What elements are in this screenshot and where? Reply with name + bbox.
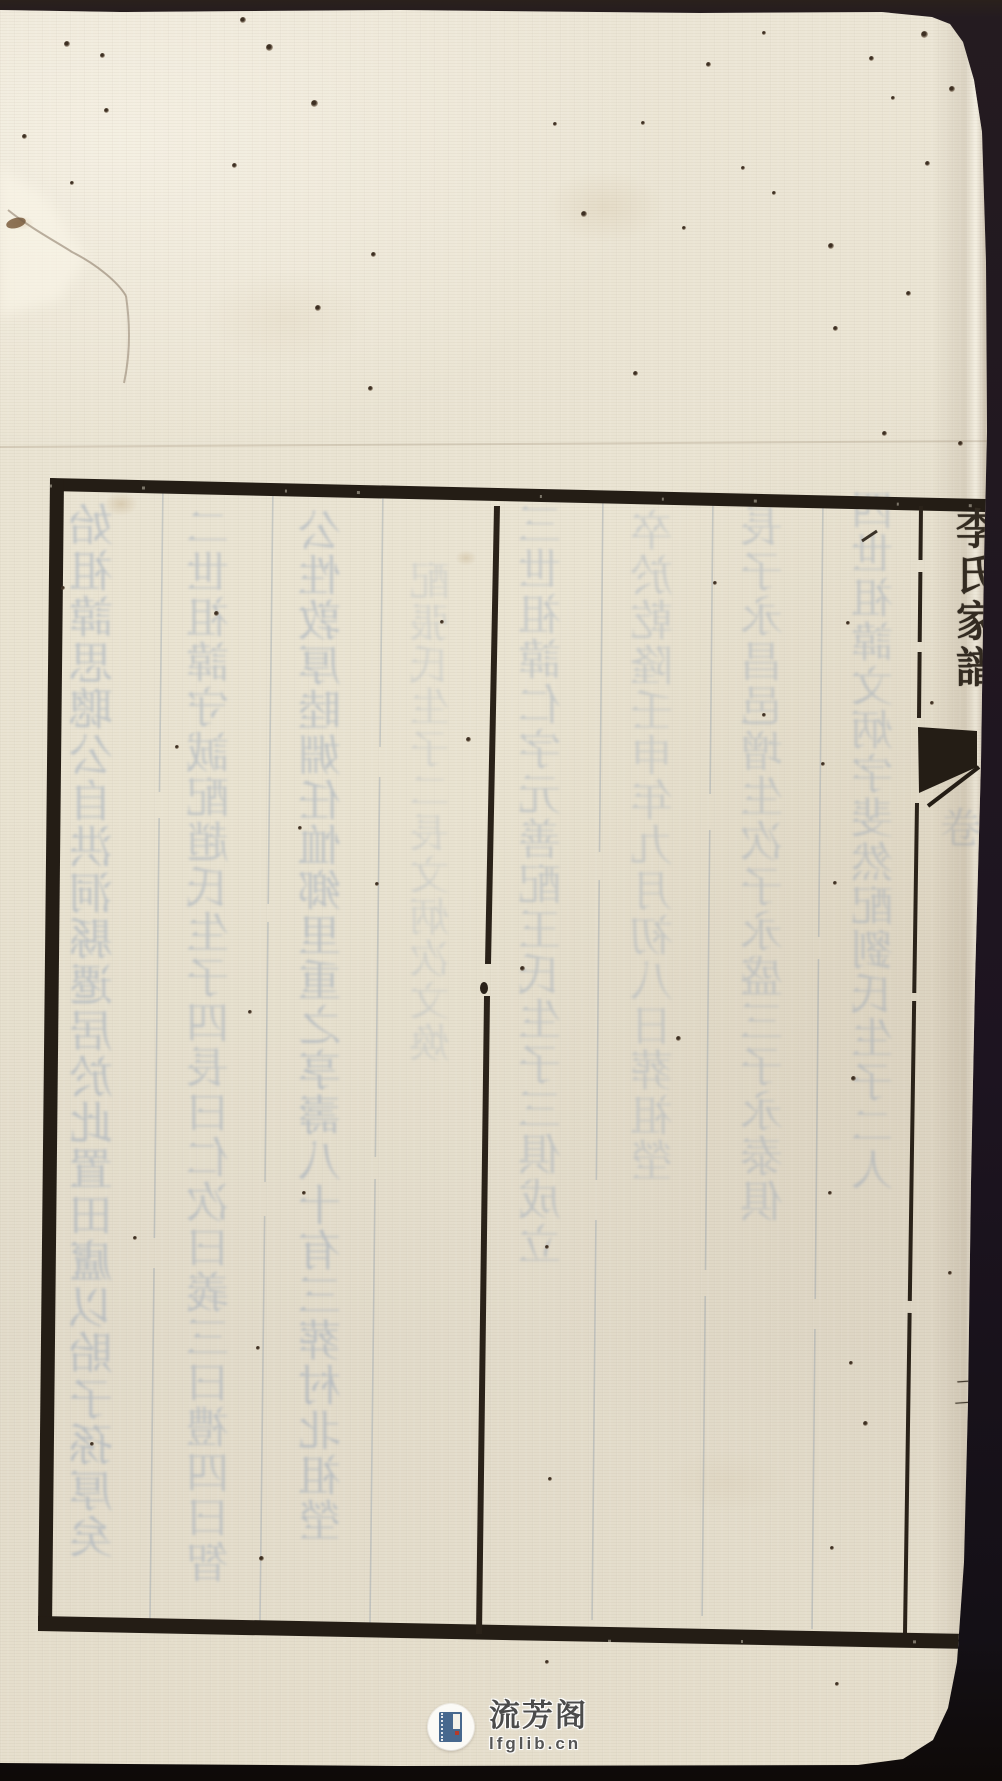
wormhole-speck	[835, 1682, 839, 1686]
wormhole-speck	[713, 581, 717, 585]
wormhole-speck	[676, 1036, 681, 1041]
wormhole-speck	[545, 1660, 549, 1664]
wormhole-speck	[64, 41, 70, 47]
wormhole-speck	[633, 371, 638, 376]
paper-stain	[660, 1450, 790, 1514]
wormhole-speck	[545, 1245, 549, 1249]
wormhole-speck	[22, 134, 27, 139]
wormhole-speck	[368, 386, 373, 391]
book-title-slip	[453, 1714, 460, 1729]
paper-stain	[545, 170, 665, 244]
wormhole-speck	[706, 62, 711, 67]
wormhole-speck	[891, 96, 895, 100]
scanned-book-page: 李氏家譜 二 卷 始祖諱思聰公自洪洞縣遷居於此置田廬以貽子孫厚矣二世祖諱守誠配趙…	[0, 0, 1002, 1781]
wormhole-speck	[315, 305, 321, 311]
fold-line	[0, 441, 1002, 447]
wormhole-speck	[925, 161, 930, 166]
wormhole-speck	[682, 226, 686, 230]
wormhole-speck	[259, 1556, 264, 1561]
watermark-site-name: 流芳阁	[489, 1701, 588, 1732]
page-number: 二	[940, 1370, 998, 1412]
wormhole-speck	[821, 762, 825, 766]
wormhole-speck	[948, 1271, 952, 1275]
wormhole-speck	[90, 1442, 94, 1446]
paper-stain	[104, 492, 138, 516]
frame-border	[38, 478, 986, 1649]
thread-bound-book-icon	[439, 1712, 462, 1742]
wormhole-speck	[772, 191, 776, 195]
wormhole-speck	[311, 100, 318, 107]
fishtail-mark	[918, 727, 979, 806]
wormhole-speck	[581, 211, 587, 217]
wormhole-speck	[906, 291, 911, 296]
wormhole-speck	[828, 243, 834, 249]
wormhole-speck	[133, 1236, 137, 1240]
wormhole-speck	[61, 586, 65, 590]
wormhole-speck	[882, 431, 887, 436]
ink-wear	[38, 486, 986, 1642]
wormhole-speck	[846, 621, 850, 625]
wormhole-speck	[741, 166, 745, 170]
paper-stain	[200, 270, 370, 365]
wormhole-speck	[921, 31, 928, 38]
wormhole-speck	[70, 181, 74, 185]
wormhole-speck	[830, 1546, 834, 1550]
bleed-text-column: 四世祖諱文炳字斐然配劉氏生子二人	[852, 488, 897, 1192]
wormhole-speck	[248, 1010, 252, 1014]
woodblock-ink-layer	[0, 0, 1002, 1781]
wormhole-speck	[375, 882, 379, 886]
bleed-text-column: 公性敦厚睦婣任恤鄉里重之享壽八十有三葬村北祖塋	[300, 508, 346, 1543]
wormhole-speck	[851, 1076, 856, 1081]
wormhole-speck	[371, 252, 376, 257]
wormhole-speck	[958, 441, 963, 446]
bleed-text-column: 卒於乾隆壬申年九月初八日葬祖塋	[632, 508, 678, 1183]
wormhole-speck	[833, 881, 837, 885]
wormhole-speck	[240, 17, 246, 23]
paper-damage	[0, 168, 129, 383]
wormhole-speck	[949, 86, 955, 92]
wormhole-speck	[302, 1191, 306, 1195]
wormhole-speck	[520, 966, 525, 971]
wormhole-speck	[762, 713, 766, 717]
paper-stain	[455, 550, 477, 566]
wormhole-speck	[863, 1421, 868, 1426]
wormhole-speck	[440, 620, 444, 624]
watermark-book-icon	[428, 1704, 474, 1750]
red-seal	[455, 1731, 459, 1735]
bleed-text-column: 配張氏生子二長文炳次文煥	[412, 560, 455, 1064]
wormhole-speck	[298, 826, 302, 830]
wormhole-speck	[641, 121, 645, 125]
center-column-faint-char: 卷	[928, 806, 988, 848]
wormhole-speck	[762, 31, 766, 35]
wormhole-speck	[548, 1477, 552, 1481]
wormhole-speck	[849, 1361, 853, 1365]
bleed-text-column: 三世祖諱仁字元善配王氏生子三俱成立	[520, 502, 566, 1267]
wormhole-speck	[869, 56, 874, 61]
watermark-site-url: lfglib.cn	[489, 1735, 588, 1752]
wormhole-speck	[104, 108, 109, 113]
wormhole-speck	[214, 611, 219, 616]
book-title-vertical: 李氏家譜	[944, 507, 1002, 691]
wormhole-speck	[828, 1191, 832, 1195]
paper-stain	[8, 216, 34, 230]
wormhole-speck	[553, 122, 557, 126]
wormhole-speck	[266, 44, 273, 51]
wormhole-speck	[175, 745, 179, 749]
ink-tick	[862, 531, 877, 541]
wormhole-speck	[930, 701, 934, 705]
center-column-line	[476, 506, 500, 1634]
wormhole-speck	[833, 326, 838, 331]
banxin-divider	[905, 506, 921, 1633]
paper: 李氏家譜 二 卷 始祖諱思聰公自洪洞縣遷居於此置田廬以貽子孫厚矣二世祖諱守誠配趙…	[0, 0, 1002, 1781]
bleed-text-column: 長子永昌邑增生次子永盛三子永泰俱	[742, 504, 788, 1224]
wormhole-speck	[256, 1346, 260, 1350]
bleed-text-column: 始祖諱思聰公自洪洞縣遷居於此置田廬以貽子孫厚矣	[72, 502, 120, 1560]
bleed-text-column: 二世祖諱守誠配趙氏生子四長曰仁次曰義三曰禮四曰智	[188, 505, 234, 1585]
wormhole-speck	[232, 163, 237, 168]
wormhole-speck	[100, 53, 105, 58]
watermark: 流芳阁 lfglib.cn	[428, 1701, 588, 1752]
wormhole-speck	[466, 737, 471, 742]
